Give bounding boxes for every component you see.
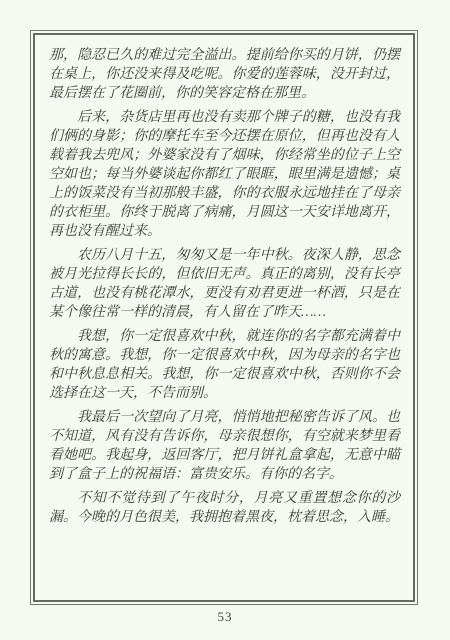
page-border-frame: 那，隐忍已久的难过完全溢出。提前给你买的月饼，仍摆在桌上，你还没来得及吃呢。你爱… bbox=[30, 30, 418, 605]
page-border-inner-line: 那，隐忍已久的难过完全溢出。提前给你买的月饼，仍摆在桌上，你还没来得及吃呢。你爱… bbox=[33, 33, 415, 602]
page-text-area: 那，隐忍已久的难过完全溢出。提前给你买的月饼，仍摆在桌上，你还没来得及吃呢。你爱… bbox=[35, 35, 413, 527]
page-number: 53 bbox=[0, 609, 450, 625]
paragraph: 后来，杂货店里再也没有卖那个牌子的糖，也没有我们俩的身影；你的摩托车至今还摆在原… bbox=[49, 108, 400, 241]
paragraph: 那，隐忍已久的难过完全溢出。提前给你买的月饼，仍摆在桌上，你还没来得及吃呢。你爱… bbox=[49, 46, 400, 103]
paragraph: 我想，你一定很喜欢中秋，就连你的名字都充满着中秋的寓意。我想，你一定很喜欢中秋，… bbox=[49, 327, 400, 403]
paragraph: 我最后一次望向了月亮，悄悄地把秘密告诉了风。也不知道，风有没有告诉你，母亲很想你… bbox=[49, 408, 400, 484]
paragraph: 不知不觉待到了午夜时分，月亮又重置想念你的沙漏。今晚的月色很美，我拥抱着黑夜，枕… bbox=[49, 489, 400, 527]
paragraph: 农历八月十五，匆匆又是一年中秋。夜深人静，思念被月光拉得长长的，但依旧无声。真正… bbox=[49, 246, 400, 322]
